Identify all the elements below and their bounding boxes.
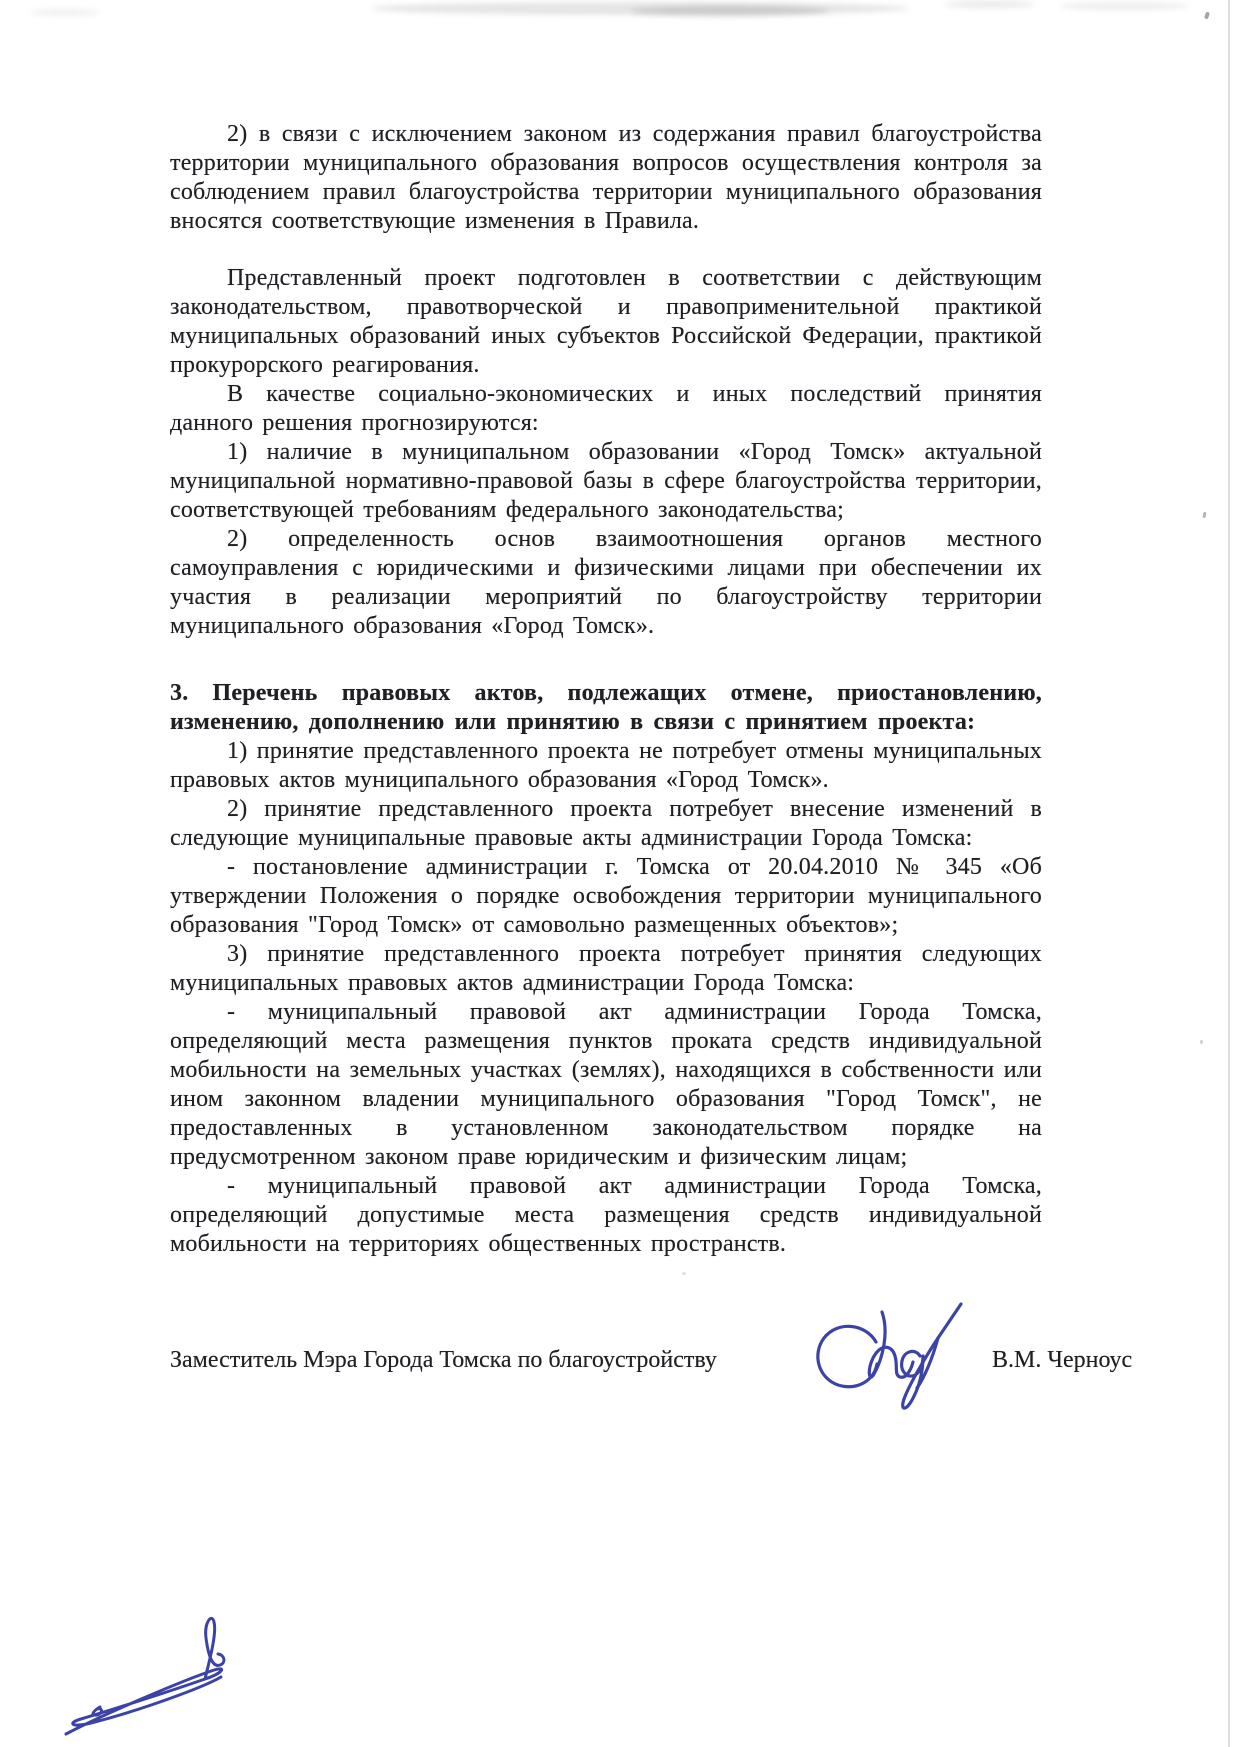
paragraph: 3) принятие представленного проекта потр… <box>170 940 1042 998</box>
paragraph: 2) определенность основ взаимоотношения … <box>170 525 1042 641</box>
scan-speck <box>1204 12 1210 20</box>
paragraph: - муниципальный правовой акт администрац… <box>170 998 1042 1172</box>
paragraph: 1) принятие представленного проекта не п… <box>170 737 1042 795</box>
scan-smudge <box>630 6 830 16</box>
paragraph: - постановление администрации г. Томска … <box>170 853 1042 940</box>
paragraph: - муниципальный правовой акт администрац… <box>170 1172 1042 1259</box>
scan-smudge <box>1060 2 1190 10</box>
scan-smudge <box>30 9 100 16</box>
signature-block: Заместитель Мэра Города Томска по благоу… <box>170 1342 1170 1422</box>
handwritten-signature-ink-icon <box>810 1298 985 1423</box>
scan-speck <box>1203 512 1207 518</box>
document-body: 2) в связи с исключением законом из соде… <box>170 120 1042 1259</box>
scan-smudge <box>945 1 1035 8</box>
paragraph: Представленный проект подготовлен в соот… <box>170 264 1042 380</box>
paragraph: 2) в связи с исключением законом из соде… <box>170 120 1042 236</box>
signer-position-title: Заместитель Мэра Города Томска по благоу… <box>170 1346 717 1375</box>
scan-speck <box>1200 1040 1203 1044</box>
handwritten-initials-ink-icon <box>56 1610 241 1747</box>
paragraph: 1) наличие в муниципальном образовании «… <box>170 438 1042 525</box>
scan-speck <box>682 1272 686 1275</box>
paragraph: 2) принятие представленного проекта потр… <box>170 795 1042 853</box>
signer-name: В.М. Черноус <box>992 1346 1132 1375</box>
scan-edge-line <box>1228 0 1230 1747</box>
section-heading: 3. Перечень правовых актов, подлежащих о… <box>170 679 1042 737</box>
paragraph: В качестве социально-экономических и ины… <box>170 380 1042 438</box>
scanned-document-page: 2) в связи с исключением законом из соде… <box>0 0 1233 1747</box>
